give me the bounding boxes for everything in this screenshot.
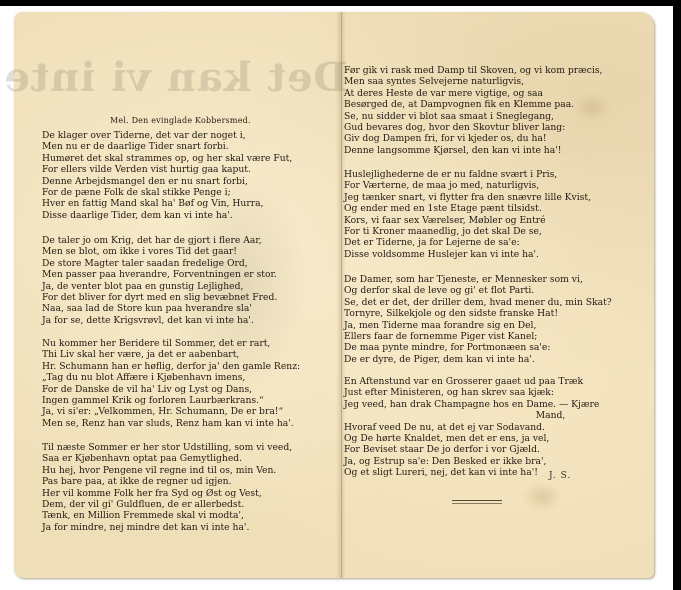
verse-line: Huslejlighederne de er nu faldne svært i… — [344, 169, 591, 180]
verse-line: Og ender med en 1ste Etage pænt tilsidst… — [344, 203, 591, 214]
verse-line: For ellers vilde Verden vist hurtig gaa … — [42, 164, 292, 175]
verse-line: De taler jo om Krig, det har de gjort i … — [42, 235, 277, 246]
verse-line: Ja, de venter blot paa en gunstig Lejlig… — [42, 281, 277, 292]
verse-line: Tænk, en Million Fremmede skal vi modta'… — [42, 510, 292, 521]
verse-line: For de Danske de vil ha' Liv og Lyst og … — [42, 384, 300, 395]
verse-line: Men passer paa hverandre, Forventningen … — [42, 269, 277, 280]
verse-line: Men saa syntes Selvejerne naturligvis, — [344, 76, 602, 87]
verse-line: Naa, saa lad de Store kun paa hverandre … — [42, 303, 277, 314]
verse-line: Besørged de, at Dampvognen fik en Klemme… — [344, 99, 602, 110]
verse-line: For Værterne, de maa jo med, naturligvis… — [344, 180, 591, 191]
verse-line: For ti Kroner maanedlig, jo det skal De … — [344, 226, 591, 237]
verse-line: De maa pynte mindre, for Portmonæen sa'e… — [344, 342, 612, 353]
verse-line: Ja for mindre, nej mindre det kan vi int… — [42, 522, 292, 533]
verse-line: Thi Liv skal her være, ja det er aabenba… — [42, 349, 300, 360]
verse-line: Det er Tiderne, ja for Lejerne de sa'e: — [344, 237, 591, 248]
verse-line: Men se blot, om ikke i vores Tid det gaa… — [42, 246, 277, 257]
verse-line: De Damer, som har Tjeneste, er Mennesker… — [344, 274, 612, 285]
verse-line: Tornyre, Silkekjole og den sidste fransk… — [344, 308, 612, 319]
stanza: Huslejlighederne de er nu faldne svært i… — [344, 169, 591, 260]
verse-line: Humøret det skal strammes op, og her ska… — [42, 153, 292, 164]
verse-line: Ja for se, dette Krigsvrøvl, det kan vi … — [42, 315, 277, 326]
verse-line: Saa er Kjøbenhavn optat paa Gemytlighed. — [42, 453, 292, 464]
verse-line-continuation: Mand, — [344, 410, 599, 421]
verse-line: Jeg tænker snart, vi flytter fra den snæ… — [344, 192, 591, 203]
stanza: De Damer, som har Tjeneste, er Mennesker… — [344, 274, 612, 365]
stanza: De klager over Tiderne, det var der noge… — [42, 130, 292, 221]
verse-line: Ja, vi si'er: „Velkommen, Hr. Schumann, … — [42, 406, 300, 417]
verse-line: Hu hej, hvor Pengene vil regne ind til o… — [42, 465, 292, 476]
verse-line: Og derfor skal de leve og gi' et flot Pa… — [344, 285, 612, 296]
scan-border-top — [0, 0, 681, 6]
verse-line: At deres Heste de var mere vigtige, og s… — [344, 88, 602, 99]
stanza: Til næste Sommer er her stor Udstilling,… — [42, 442, 292, 533]
closing-rule — [452, 500, 502, 504]
verse-line: Denne Arbejdsmangel den er nu snart forb… — [42, 176, 292, 187]
verse-line: Men nu er de daarlige Tider snart forbi. — [42, 141, 292, 152]
song-sheet: Det kan vi inte ha'! Mel. Den evinglade … — [14, 12, 654, 578]
right-page: Før gik vi rask med Damp til Skoven, og … — [342, 12, 654, 578]
verse-line: For det bliver for dyrt med en slig bevæ… — [42, 292, 277, 303]
verse-line: „Tag du nu blot Affære i Kjøbenhavn imen… — [42, 372, 300, 383]
verse-line: Dem, der vil gi' Guldfluen, de er allerb… — [42, 499, 292, 510]
verse-line: Jeg veed, han drak Champagne hos en Dame… — [344, 399, 599, 410]
verse-line: Se, det er det, der driller dem, hvad me… — [344, 297, 612, 308]
verse-line: De store Magter taler saadan fredelige O… — [42, 258, 277, 269]
mirrored-title-bleedthrough: Det kan vi inte ha'! — [88, 54, 348, 101]
verse-line: Giv dog Dampen fri, for vi kjeder os, du… — [344, 133, 602, 144]
verse-line: Kors, vi faar sex Værelser, Møbler og En… — [344, 215, 591, 226]
stanza: Før gik vi rask med Damp til Skoven, og … — [344, 65, 602, 156]
verse-line: De klager over Tiderne, det var der noge… — [42, 130, 292, 141]
verse-line: Disse daarlige Tider, dem kan vi inte ha… — [42, 210, 292, 221]
verse-line: Disse voldsomme Huslejer kan vi inte ha'… — [344, 249, 591, 260]
verse-line: En Aftenstund var en Grosserer gaaet ud … — [344, 376, 599, 387]
verse-line: For de pæne Folk de skal stikke Penge i; — [42, 187, 292, 198]
verse-line: De er dyre, de Piger, dem kan vi inte ha… — [344, 354, 612, 365]
melody-note: Mel. Den evinglade Kobbersmed. — [110, 116, 251, 125]
verse-line: Før gik vi rask med Damp til Skoven, og … — [344, 65, 602, 76]
stanza: De taler jo om Krig, det har de gjort i … — [42, 235, 277, 326]
verse-line: Men se, Renz han var sluds, Renz ham kan… — [42, 418, 300, 429]
left-page: Det kan vi inte ha'! Mel. Den evinglade … — [14, 12, 342, 578]
verse-line: Denne langsomme Kjørsel, den kan vi inte… — [344, 145, 602, 156]
verse-line: Just efter Ministeren, og han skrev saa … — [344, 387, 599, 398]
scan-border-right — [673, 0, 681, 590]
verse-line: Til næste Sommer er her stor Udstilling,… — [42, 442, 292, 453]
stanza: Nu kommer her Beridere til Sommer, det e… — [42, 338, 300, 429]
verse-line: Her vil komme Folk her fra Syd og Øst og… — [42, 488, 292, 499]
verse-line: Ingen gammel Krik og forloren Laurbærkra… — [42, 395, 300, 406]
verse-line: For Beviset staar De jo derfor i vor Gjæ… — [344, 444, 599, 455]
stanza: En Aftenstund var en Grosserer gaaet ud … — [344, 376, 599, 479]
author-signature: J. S. — [549, 471, 571, 481]
verse-line: Hvoraf veed De nu, at det ej var Sodavan… — [344, 422, 599, 433]
verse-line: Ja, og Estrup sa'e: Den Besked er ikke b… — [344, 456, 599, 467]
verse-line: Og De hørte Knaldet, men det er ens, ja … — [344, 433, 599, 444]
verse-line: Hr. Schumann han er høflig, derfor ja' d… — [42, 361, 300, 372]
verse-line: Ja, men Tiderne maa forandre sig en Del, — [344, 320, 612, 331]
verse-line: Hver en fattig Mand skal ha' Bøf og Vin,… — [42, 198, 292, 209]
verse-line: Pas bare paa, at ikke de regner ud igjen… — [42, 476, 292, 487]
verse-line: Gud bevares dog, hvor den Skovtur bliver… — [344, 122, 602, 133]
verse-line: Se, nu sidder vi blot saa smaat i Snegle… — [344, 111, 602, 122]
verse-line: Ellers faar de fornemme Piger vist Kanel… — [344, 331, 612, 342]
verse-line: Nu kommer her Beridere til Sommer, det e… — [42, 338, 300, 349]
paper-stain — [522, 482, 562, 512]
